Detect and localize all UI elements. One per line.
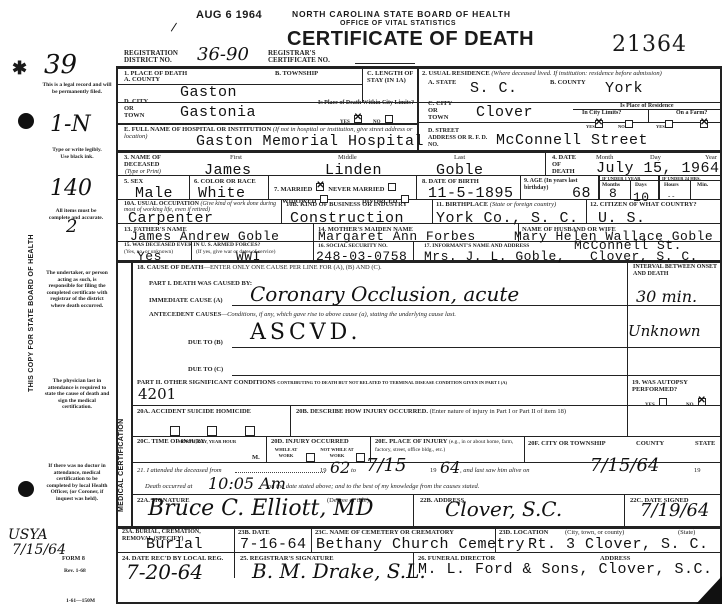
residence-county-value: York <box>605 80 643 97</box>
last-saw-label: , and last saw him alive on <box>460 467 530 474</box>
while-at-work-checkbox[interactable] <box>306 448 315 466</box>
date-of-birth-label: 8. DATE OF BIRTH <box>422 178 479 185</box>
physician-signature: Bruce C. Elliott, MD <box>148 496 373 521</box>
due-to-b-value: ASCVD. <box>250 320 362 345</box>
margin-handwritten-code: USYA <box>8 527 48 543</box>
within-city-limits-label: Is Place of Death Within City Limits? <box>318 100 418 107</box>
attended-year-prefix: 19 <box>320 467 327 474</box>
mother-name-value: Margaret Ann Forbes <box>318 229 476 244</box>
min-label: Min. <box>697 182 708 188</box>
time-of-injury-m: M. <box>252 454 260 461</box>
registration-district-value: 36-90 <box>197 44 249 65</box>
age-value: 68 <box>572 185 591 202</box>
punch-hole-icon <box>18 113 34 129</box>
attended-from-year: 62 <box>330 458 350 477</box>
citizen-label: 12. CITIZEN OF WHAT COUNTRY? <box>590 201 697 208</box>
last-saw-year-prefix: 19 <box>694 467 701 474</box>
form-number: FORM 8 <box>62 556 85 563</box>
death-occurred-note: on the date stated above; and to the bes… <box>268 483 479 490</box>
immediate-cause-label: IMMEDIATE CAUSE (a) <box>149 297 223 304</box>
corner-mark <box>696 576 722 604</box>
checkbox-checked[interactable] <box>595 120 603 128</box>
middle-name-value: Linden <box>325 162 382 179</box>
attended-to-year-prefix: 19 <box>430 467 437 474</box>
last-name-label: Last <box>454 154 465 161</box>
name-of-deceased-label: 3. NAME OF DECEASED <box>124 154 174 168</box>
residence-city-label: c. CITY OR TOWN <box>428 100 458 121</box>
armed-forces-value: Yes <box>137 249 162 264</box>
street-address-value: McConnell Street <box>496 132 648 149</box>
ssn-value: 248-03-0758 <box>316 249 407 264</box>
received-date-stamp: AUG 6 1964 <box>196 9 262 21</box>
armed-forces-label: 15. WAS DECEASED EVER IN U. S. ARMED FOR… <box>124 243 324 249</box>
city-township-label: 20f. CITY OR TOWNSHIP <box>528 440 606 447</box>
in-city-no[interactable]: NO <box>618 115 633 133</box>
death-city-value: Gastonia <box>180 104 256 121</box>
race-value: White <box>198 185 246 202</box>
part2-code: 4201 <box>138 385 176 403</box>
sex-value: Male <box>135 185 173 202</box>
medical-certification-label: MEDICAL CERTIFICATION <box>118 418 125 512</box>
place-of-injury-label: 20e. PLACE OF INJURY (e.g., in or about … <box>375 438 523 454</box>
certificate-title: CERTIFICATE OF DEATH <box>287 28 534 51</box>
usual-residence-label: 2. USUAL RESIDENCE (Where deceased lived… <box>422 70 722 77</box>
residence-state-value: S. C. <box>470 80 518 97</box>
middle-name-label: Middle <box>338 154 357 161</box>
on-farm-no[interactable] <box>700 115 708 133</box>
checkbox[interactable] <box>385 115 393 123</box>
checkbox-checked[interactable] <box>700 120 708 128</box>
registration-district-label: REGISTRATION DISTRICT NO. <box>124 50 184 64</box>
due-to-b-label: DUE TO (b) <box>188 339 223 346</box>
cemetery-label: 23c. NAME OF CEMETERY OR CREMATORY <box>315 529 454 536</box>
hours-label: Hours <box>664 182 679 188</box>
registrar-certificate-label: REGISTRAR'S CERTIFICATE NO. <box>268 50 358 64</box>
injury-county-label: COUNTY <box>636 440 664 447</box>
days-label: Days <box>635 182 647 188</box>
form-revision: Rev. 1-68 <box>64 568 86 575</box>
physician-address-value: Clover, S.C. <box>445 497 562 521</box>
margin-note-39: 39 <box>44 50 77 80</box>
township-label: b. TOWNSHIP <box>275 70 318 77</box>
residence-city-value: Clover <box>476 104 533 121</box>
due-to-c-label: DUE TO (c) <box>188 366 223 373</box>
not-while-at-work-checkbox[interactable] <box>356 448 365 466</box>
hours-value: - - <box>668 192 674 200</box>
death-county-value: Gaston <box>180 84 237 101</box>
county-label: a. COUNTY <box>124 76 160 83</box>
checkbox[interactable] <box>665 120 673 128</box>
informant-address-line2: Clover, S. C. <box>590 249 698 264</box>
no-doctor-note: If there was no doctor in attendance, me… <box>44 463 110 502</box>
type-or-print-label: (Type or Print) <box>125 169 161 176</box>
street-address-label: d. STREET ADDRESS or R. F. D. NO. <box>428 128 488 149</box>
last-saw-date: 7/15/64 <box>590 455 659 476</box>
antecedent-causes-label: ANTECEDENT CAUSES—Conditions, if any, wh… <box>149 311 629 318</box>
occupation-value: Carpenter <box>128 210 214 227</box>
residence-county-label: b. COUNTY <box>550 79 586 86</box>
informant-name-value: Mrs. J. L. Goble, <box>424 249 565 264</box>
injury-description-label: 20b. DESCRIBE HOW INJURY OCCURRED. (Ente… <box>296 408 716 415</box>
margin-handwritten-date: 7/15/64 <box>12 542 66 558</box>
location-note: (City, town, or county) <box>565 529 624 536</box>
time-of-injury-note: MONTH, DAY, YEAR HOUR <box>178 439 236 445</box>
last-name-value: Goble <box>436 162 484 179</box>
attended-from-label: 21. I attended the deceased from <box>137 467 222 474</box>
birthplace-label: 11. BIRTHPLACE (State or foreign country… <box>436 201 556 208</box>
months-value: 8 <box>609 186 617 201</box>
part1-label: PART I. DEATH WAS CAUSED BY: <box>149 280 252 287</box>
autopsy-label: 19. WAS AUTOPSY PERFORMED? <box>632 379 722 393</box>
registrar-certificate-line <box>355 63 415 64</box>
burial-method-value: Burial <box>146 536 203 553</box>
hospital-value: Gaston Memorial Hospital <box>196 133 424 150</box>
print-code: 1-61—150M <box>66 598 95 605</box>
asterisk-icon: ✱ <box>12 58 27 79</box>
race-label: 6. COLOR OR RACE <box>194 178 256 185</box>
board-name: NORTH CAROLINA STATE BOARD OF HEALTH <box>292 9 511 19</box>
business-label: 10b. KIND OF BUSINESS OR INDUSTRY <box>286 201 407 208</box>
injury-occurred-label: 20d. INJURY OCCURRED <box>271 438 349 445</box>
city-label: d. CITY OR TOWN <box>124 98 154 119</box>
suicide-checkbox[interactable] <box>207 422 217 440</box>
accident-suicide-homicide-label: 20a. ACCIDENT SUICIDE HOMICIDE <box>137 408 251 415</box>
residence-state-label: a. STATE <box>428 79 456 86</box>
location-value: Rt. 3 Clover, S. C. <box>528 536 709 553</box>
margin-note-140: 140 <box>50 176 92 201</box>
birthplace-value: York Co., S. C. <box>436 210 579 227</box>
while-at-work-label: WHILE AT WORK <box>271 447 301 459</box>
date-received-value: 7-20-64 <box>126 560 203 584</box>
type-legibly-note: Type or write legibly. Use black ink. <box>52 147 102 160</box>
registrar-signature-value: B. M. Drake, S.L. <box>252 559 426 583</box>
death-occurred-label: Death occurred at <box>145 483 192 490</box>
homicide-checkbox[interactable] <box>245 422 255 440</box>
cemetery-value: Bethany Church Cemetry <box>316 536 525 553</box>
location-state-note: (State) <box>678 529 695 536</box>
margin-note-1n: 1-N <box>50 112 91 137</box>
date-of-birth-value: 11-5-1895 <box>428 185 514 202</box>
date-of-death-label: 4. DATE OF DEATH <box>552 154 582 175</box>
funeral-director-value: M. L. Ford & Sons, Clover, S.C. <box>418 561 713 578</box>
punch-hole-icon <box>18 481 34 497</box>
citizen-value: U. S. <box>598 210 646 227</box>
part2-label: PART II. OTHER SIGNIFICANT CONDITIONS CO… <box>137 379 637 386</box>
margin-note-2: 2 <box>66 216 77 237</box>
cause-of-death-label: 18. CAUSE OF DEATH—ENTER ONLY ONE CAUSE … <box>137 264 577 271</box>
business-value: Construction <box>290 210 404 227</box>
on-farm-yes[interactable]: YES <box>656 115 673 133</box>
immediate-cause-value: Coronary Occlusion, acute <box>250 282 519 306</box>
length-of-stay-label: c. LENGTH OF STAY (in 1a) <box>367 70 417 84</box>
sex-label: 5. SEX <box>124 178 143 185</box>
tick-mark: \ <box>168 20 180 33</box>
in-city-yes[interactable]: YES <box>586 115 603 133</box>
injury-state-label: STATE <box>695 440 715 447</box>
checkbox[interactable] <box>625 120 633 128</box>
interval-label: INTERVAL BETWEEN ONSET AND DEATH <box>633 264 723 278</box>
attended-to-date: 7/15 <box>366 455 406 476</box>
war-value: WWI <box>236 249 261 264</box>
undertaker-note: The undertaker, or person acting as such… <box>44 270 110 309</box>
state-copy-vertical-label: THIS COPY FOR STATE BOARD OF HEALTH <box>28 234 35 392</box>
immediate-interval-value: 30 min. <box>636 287 697 306</box>
location-label: 23d. LOCATION <box>499 529 548 536</box>
due-to-b-interval-value: Unknown <box>628 322 701 340</box>
burial-date-label: 23b. DATE <box>238 529 270 536</box>
certificate-number: 21364 <box>612 32 687 57</box>
first-name-value: James <box>204 162 252 179</box>
burial-date-value: 7-16-64 <box>240 536 307 553</box>
office-name: OFFICE OF VITAL STATISTICS <box>340 20 456 27</box>
attended-to-label: to <box>351 467 356 474</box>
physician-note: The physician last in attendance is requ… <box>44 378 110 411</box>
first-name-label: First <box>230 154 242 161</box>
attended-to-year: 64 <box>440 458 460 477</box>
legal-record-note: This is a legal record and will be perma… <box>40 82 114 95</box>
checkbox-checked[interactable] <box>354 115 362 123</box>
date-signed-value: 7/19/64 <box>640 500 709 521</box>
